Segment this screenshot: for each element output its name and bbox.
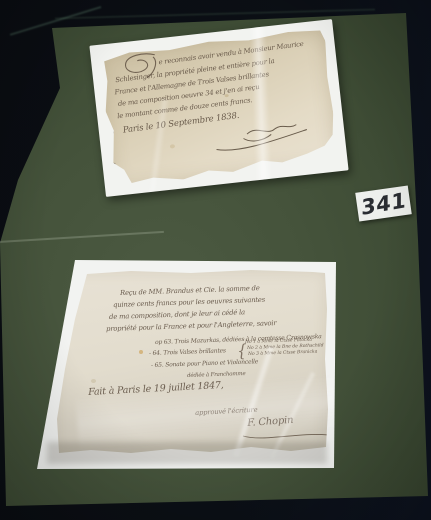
bottom-document-sleeve: Reçu de MM. Brandus et Cie. la somme de … <box>37 256 339 473</box>
handwriting-line: Reçu de MM. Brandus et Cie. la somme de <box>120 285 260 297</box>
works-line: dédiée à Franchomme <box>187 372 246 380</box>
works-line: - 64. Trois Valses brillantes <box>149 348 226 357</box>
handwriting-line: quinze cents francs pour les oeuvres sui… <box>113 297 265 309</box>
punch-hole <box>112 163 115 166</box>
lot-number: 341 <box>361 187 406 219</box>
works-line: - 65. Sonate pour Piano et Violoncelle <box>151 359 258 369</box>
foxing-spot <box>225 94 229 97</box>
stain-spot <box>139 350 143 354</box>
handwriting-line: propriété pour la France et pour l'Angle… <box>106 320 276 333</box>
signature-flourish <box>241 430 333 442</box>
top-document-paper: e reconnais avoir vendu à Monsieur Mauri… <box>99 27 339 189</box>
signature: F. Chopin <box>247 416 294 429</box>
bottom-document: Reçu de MM. Brandus et Cie. la somme de … <box>37 256 339 473</box>
punch-hole <box>111 131 114 134</box>
foxing-spot <box>170 144 175 149</box>
top-document-sleeve: e reconnais avoir vendu à Monsieur Mauri… <box>89 19 348 197</box>
approval-line: approuvé l'écriture <box>195 407 258 417</box>
foxing-spot <box>91 379 96 383</box>
photo-of-documents: e reconnais avoir vendu à Monsieur Mauri… <box>0 0 431 520</box>
dedication-note: No 3 à Mme la Ctsse Branicka <box>248 351 318 358</box>
signature-flourish <box>212 117 314 156</box>
date-line: Fait à Paris le 19 juillet 1847, <box>88 381 224 398</box>
handwriting-line: de ma composition, dont je leur ai cédé … <box>109 309 245 321</box>
bottom-document-paper: Reçu de MM. Brandus et Cie. la somme de … <box>51 269 329 459</box>
